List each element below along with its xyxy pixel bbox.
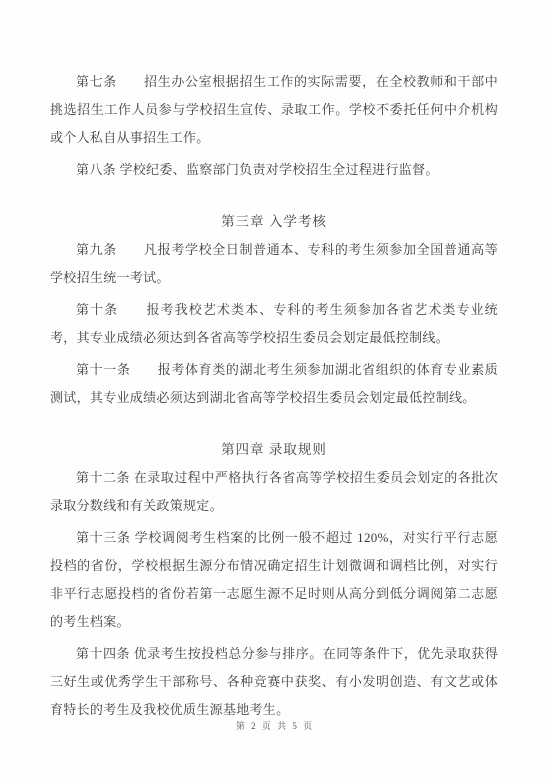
paragraph-article-10: 第十条 报考我校艺术类本、专科的考生须参加各省艺术类专业统考，其专业成绩必须达到… bbox=[50, 296, 498, 352]
document-page: 第七条 招生办公室根据招生工作的实际需要，在全校教师和干部中挑选招生工作人员参与… bbox=[0, 0, 550, 778]
chapter-heading-entrance-examination: 第三章 入学考核 bbox=[50, 208, 498, 236]
paragraph-article-8: 第八条 学校纪委、监察部门负责对学校招生全过程进行监督。 bbox=[50, 156, 498, 184]
paragraph-article-13: 第十三条 学校调阅考生档案的比例一般不超过 120%，对实行平行志愿投档的省份，… bbox=[50, 524, 498, 636]
paragraph-article-7: 第七条 招生办公室根据招生工作的实际需要，在全校教师和干部中挑选招生工作人员参与… bbox=[50, 68, 498, 152]
paragraph-article-14: 第十四条 优录考生按投档总分参与排序。在同等条件下，优先录取获得三好生或优秀学生… bbox=[50, 640, 498, 724]
paragraph-article-12: 第十二条 在录取过程中严格执行各省高等学校招生委员会划定的各批次录取分数线和有关… bbox=[50, 464, 498, 520]
chapter-heading-admission-rules: 第四章 录取规则 bbox=[50, 436, 498, 464]
paragraph-article-9: 第九条 凡报考学校全日制普通本、专科的考生须参加全国普通高等学校招生统一考试。 bbox=[50, 236, 498, 292]
page-number: 第 2 页 共 5 页 bbox=[0, 719, 550, 732]
paragraph-article-11: 第十一条 报考体育类的湖北考生须参加湖北省组织的体育专业素质测试，其专业成绩必须… bbox=[50, 356, 498, 412]
document-body: 第七条 招生办公室根据招生工作的实际需要，在全校教师和干部中挑选招生工作人员参与… bbox=[50, 68, 498, 728]
